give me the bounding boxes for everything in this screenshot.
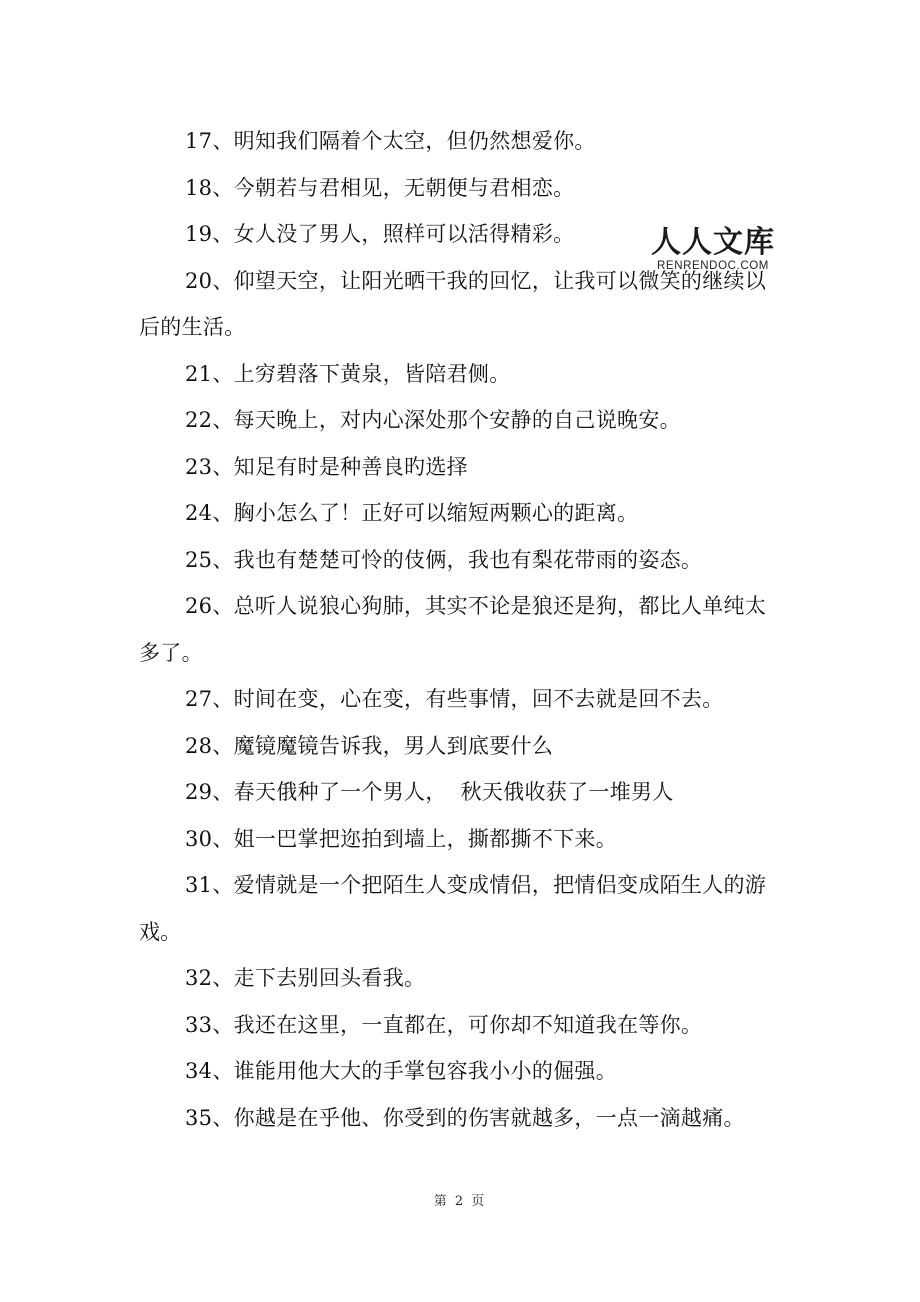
paragraph-34: 34、谁能用他大大的手掌包容我小小的倔强。 bbox=[139, 1048, 779, 1095]
paragraph-22: 22、每天晚上，对内心深处那个安静的自己说晚安。 bbox=[139, 397, 779, 444]
paragraph-18: 18、今朝若与君相见，无朝便与君相恋。 bbox=[139, 165, 779, 212]
paragraph-25: 25、我也有楚楚可怜的伎俩，我也有梨花带雨的姿态。 bbox=[139, 537, 779, 584]
paragraph-19: 19、女人没了男人，照样可以活得精彩。 bbox=[139, 211, 779, 258]
paragraph-32: 32、走下去别回头看我。 bbox=[139, 955, 779, 1002]
document-body: 17、明知我们隔着个太空，但仍然想爱你。 18、今朝若与君相见，无朝便与君相恋。… bbox=[139, 118, 779, 1141]
paragraph-20: 20、仰望天空，让阳光晒干我的回忆，让我可以微笑的继续以后的生活。 bbox=[139, 258, 779, 351]
document-page: 17、明知我们隔着个太空，但仍然想爱你。 18、今朝若与君相见，无朝便与君相恋。… bbox=[0, 0, 920, 1302]
paragraph-26: 26、总听人说狼心狗肺，其实不论是狼还是狗，都比人单纯太多了。 bbox=[139, 583, 779, 676]
paragraph-29: 29、春天俄种了一个男人， 秋天俄收获了一堆男人 bbox=[139, 769, 779, 816]
paragraph-28: 28、魔镜魔镜告诉我，男人到底要什么 bbox=[139, 723, 779, 770]
paragraph-33: 33、我还在这里，一直都在，可你却不知道我在等你。 bbox=[139, 1002, 779, 1049]
paragraph-31: 31、爱情就是一个把陌生人变成情侣，把情侣变成陌生人的游戏。 bbox=[139, 862, 779, 955]
paragraph-35: 35、你越是在乎他、你受到的伤害就越多，一点一滴越痛。 bbox=[139, 1095, 779, 1142]
paragraph-17: 17、明知我们隔着个太空，但仍然想爱你。 bbox=[139, 118, 779, 165]
page-number-footer: 第 2 页 bbox=[0, 1190, 920, 1209]
paragraph-21: 21、上穷碧落下黄泉，皆陪君侧。 bbox=[139, 351, 779, 398]
paragraph-23: 23、知足有时是种善良旳选择 bbox=[139, 444, 779, 491]
paragraph-24: 24、胸小怎么了！正好可以缩短两颗心的距离。 bbox=[139, 490, 779, 537]
paragraph-30: 30、姐一巴掌把迩拍到墙上，撕都撕不下来。 bbox=[139, 816, 779, 863]
paragraph-27: 27、时间在变，心在变，有些事情，回不去就是回不去。 bbox=[139, 676, 779, 723]
